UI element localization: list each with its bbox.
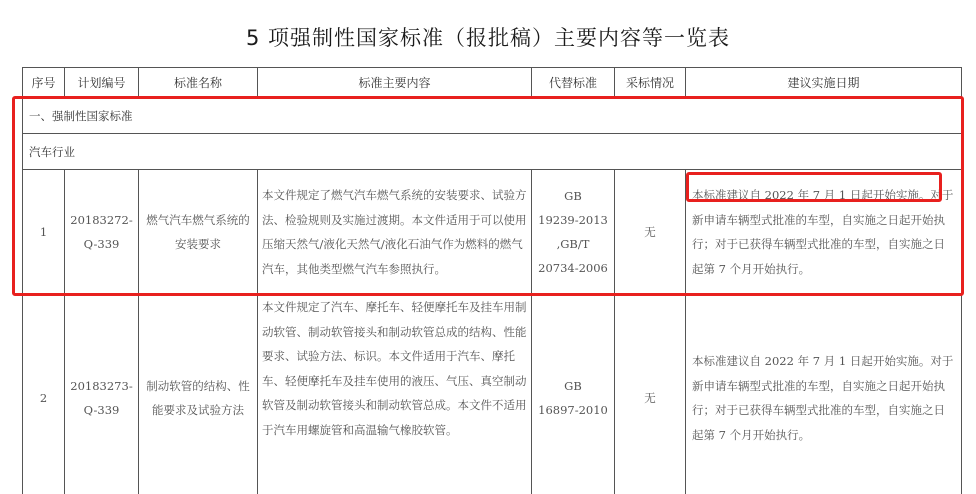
cell-replaces: GB 16897-2010 bbox=[532, 295, 615, 494]
impl-date-highlight: 本标准建议自 2022 年 7 月 1 日起开始实施。 bbox=[692, 188, 930, 202]
header-plan-no: 计划编号 bbox=[65, 68, 139, 98]
replaces-line: GB bbox=[532, 184, 614, 208]
header-content: 标准主要内容 bbox=[258, 68, 532, 98]
replaces-line: GB bbox=[532, 374, 614, 398]
section-label: 一、强制性国家标准 bbox=[23, 98, 962, 134]
cell-no: 2 bbox=[23, 295, 65, 494]
section-row: 一、强制性国家标准 bbox=[23, 98, 962, 134]
table-row: 2 20183273- Q-339 制动软管的结构、性能要求及试验方法 本文件规… bbox=[23, 295, 962, 494]
plan-no-line: 20183272- bbox=[65, 208, 138, 232]
table-header-row: 序号 计划编号 标准名称 标准主要内容 代替标准 采标情况 建议实施日期 bbox=[23, 68, 962, 98]
cell-no: 1 bbox=[23, 170, 65, 295]
cell-impl-date: 本标准建议自 2022 年 7 月 1 日起开始实施。对于新申请车辆型式批准的车… bbox=[686, 295, 962, 494]
header-adoption: 采标情况 bbox=[615, 68, 686, 98]
cell-content: 本文件规定了燃气汽车燃气系统的安装要求、试验方法、检验规则及实施过渡期。本文件适… bbox=[258, 170, 532, 295]
replaces-line: 16897-2010 bbox=[532, 398, 614, 422]
plan-no-line: Q-339 bbox=[65, 232, 138, 256]
cell-content: 本文件规定了汽车、摩托车、轻便摩托车及挂车用制动软管、制动软管接头和制动软管总成… bbox=[258, 295, 532, 494]
cell-adoption: 无 bbox=[615, 295, 686, 494]
replaces-line: 19239-2013 bbox=[532, 208, 614, 232]
subsection-label: 汽车行业 bbox=[23, 134, 962, 170]
subsection-row: 汽车行业 bbox=[23, 134, 962, 170]
table-row: 1 20183272- Q-339 燃气汽车燃气系统的安装要求 本文件规定了燃气… bbox=[23, 170, 962, 295]
cell-name: 制动软管的结构、性能要求及试验方法 bbox=[139, 295, 258, 494]
header-name: 标准名称 bbox=[139, 68, 258, 98]
header-replaces: 代替标准 bbox=[532, 68, 615, 98]
replaces-line: 20734-2006 bbox=[532, 256, 614, 280]
cell-plan-no: 20183273- Q-339 bbox=[65, 295, 139, 494]
header-no: 序号 bbox=[23, 68, 65, 98]
cell-name: 燃气汽车燃气系统的安装要求 bbox=[139, 170, 258, 295]
standards-table: 序号 计划编号 标准名称 标准主要内容 代替标准 采标情况 建议实施日期 一、强… bbox=[22, 67, 962, 494]
replaces-line: ,GB/T bbox=[532, 232, 614, 256]
page-title: 5 项强制性国家标准（报批稿）主要内容等一览表 bbox=[0, 22, 976, 52]
cell-adoption: 无 bbox=[615, 170, 686, 295]
cell-impl-date: 本标准建议自 2022 年 7 月 1 日起开始实施。对于新申请车辆型式批准的车… bbox=[686, 170, 962, 295]
plan-no-line: Q-339 bbox=[65, 398, 138, 422]
header-impl-date: 建议实施日期 bbox=[686, 68, 962, 98]
cell-replaces: GB 19239-2013 ,GB/T 20734-2006 bbox=[532, 170, 615, 295]
cell-plan-no: 20183272- Q-339 bbox=[65, 170, 139, 295]
plan-no-line: 20183273- bbox=[65, 374, 138, 398]
